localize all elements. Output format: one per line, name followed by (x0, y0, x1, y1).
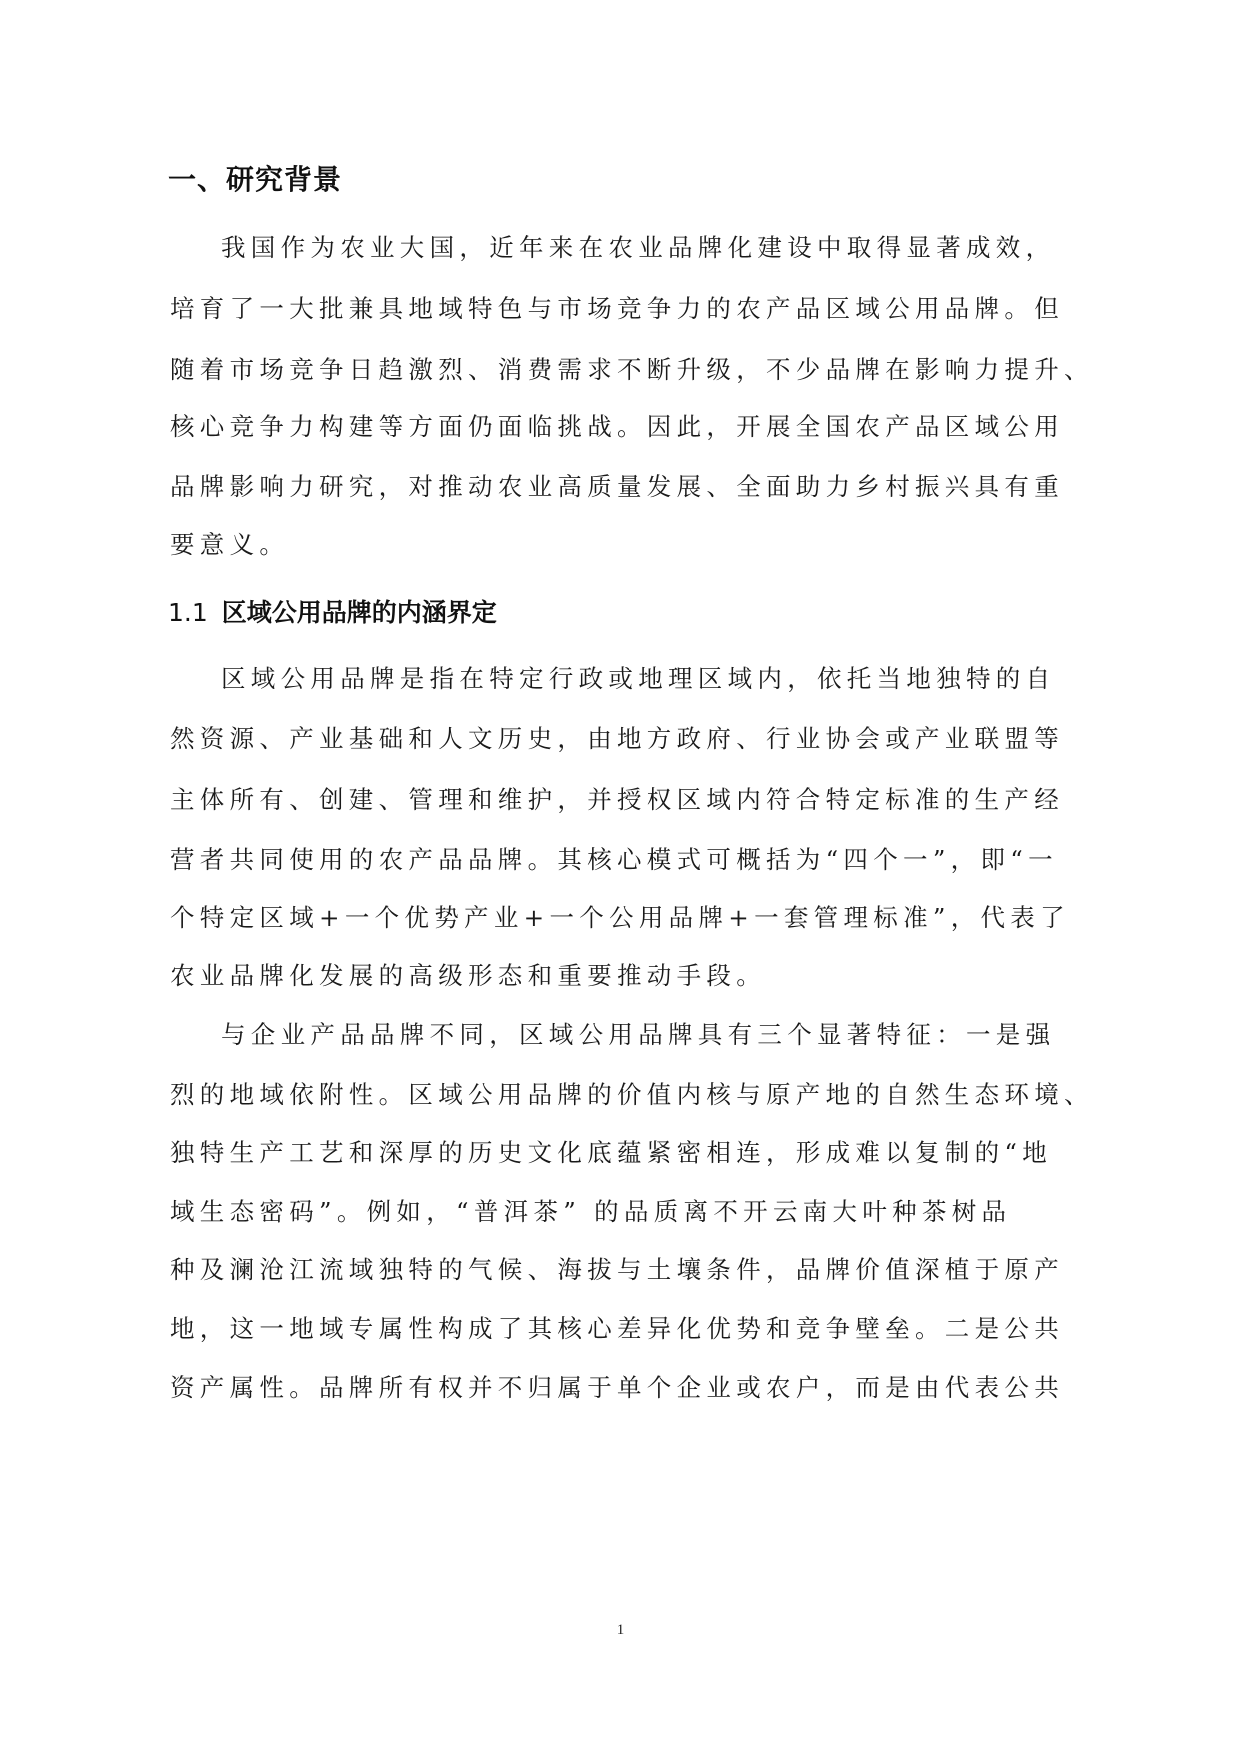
paragraph-line: 域生态密码”。例如，“普洱茶” 的品质离不开云南大叶种茶树品 (170, 1195, 945, 1229)
paragraph-line: 营者共同使用的农产品品牌。其核心模式可概括为“四个一”，即“一 (170, 843, 945, 877)
paragraph-line: 要意义。 (170, 528, 945, 562)
paragraph-line: 农业品牌化发展的高级形态和重要推动手段。 (170, 959, 945, 993)
document-page: 一、研究背景 我国作为农业大国，近年来在农业品牌化建设中取得显著成效， 培育了一… (0, 0, 1241, 1754)
paragraph-line: 主体所有、创建、管理和维护，并授权区域内符合特定标准的生产经 (170, 783, 945, 817)
paragraph-line: 种及澜沧江流域独特的气候、海拔与土壤条件，品牌价值深植于原产 (170, 1253, 945, 1287)
paragraph-line: 然资源、产业基础和人文历史，由地方政府、行业协会或产业联盟等 (170, 722, 945, 756)
paragraph-line: 我国作为农业大国，近年来在农业品牌化建设中取得显著成效， (221, 231, 945, 265)
paragraph-line: 核心竞争力构建等方面仍面临挑战。因此，开展全国农产品区域公用 (170, 410, 945, 444)
subsection-title: 区域公用品牌的内涵界定 (222, 598, 497, 627)
paragraph-line: 资产属性。品牌所有权并不归属于单个企业或农户，而是由代表公共 (170, 1371, 945, 1405)
subsection-heading: 1.1区域公用品牌的内涵界定 (168, 594, 497, 632)
page-number: 1 (0, 1622, 1241, 1639)
paragraph-line: 区域公用品牌是指在特定行政或地理区域内，依托当地独特的自 (221, 662, 945, 696)
paragraph-line: 独特生产工艺和深厚的历史文化底蕴紧密相连，形成难以复制的“地 (170, 1136, 945, 1170)
subsection-number: 1.1 (168, 598, 208, 627)
paragraph-line: 烈的地域依附性。区域公用品牌的价值内核与原产地的自然生态环境、 (170, 1078, 945, 1112)
paragraph-line: 地，这一地域专属性构成了其核心差异化优势和竞争壁垒。二是公共 (170, 1312, 945, 1346)
paragraph-line: 个特定区域+一个优势产业+一个公用品牌+一套管理标准”，代表了 (170, 901, 945, 935)
paragraph-line: 品牌影响力研究，对推动农业高质量发展、全面助力乡村振兴具有重 (170, 470, 945, 504)
section-heading: 一、研究背景 (168, 160, 342, 200)
paragraph-line: 与企业产品品牌不同，区域公用品牌具有三个显著特征：一是强 (221, 1018, 945, 1052)
paragraph-line: 随着市场竞争日趋激烈、消费需求不断升级，不少品牌在影响力提升、 (170, 353, 945, 387)
paragraph-line: 培育了一大批兼具地域特色与市场竞争力的农产品区域公用品牌。但 (170, 292, 945, 326)
